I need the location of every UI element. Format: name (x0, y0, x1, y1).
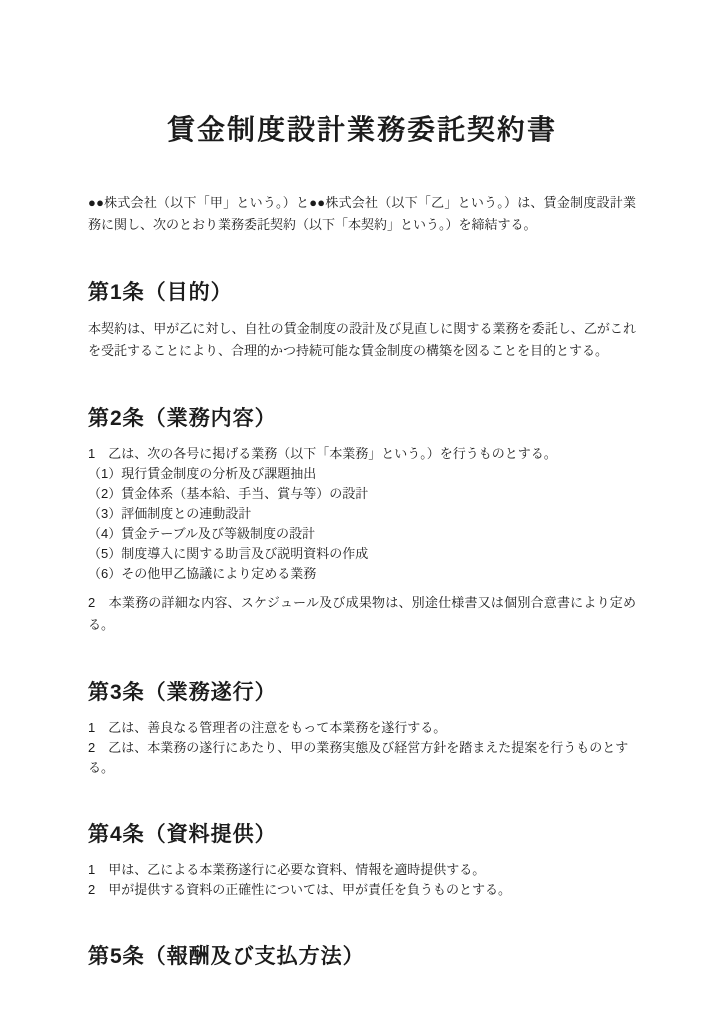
article-item: 1 乙は、善良なる管理者の注意をもって本業務を遂行する。 (88, 718, 636, 738)
article-heading: 第3条（業務遂行） (88, 680, 636, 706)
contract-article: 第1条（目的） 本契約は、甲が乙に対し、自社の賃金制度の設計及び見直しに関する業… (88, 280, 636, 362)
article-item: （4）賃金テーブル及び等級制度の設計 (88, 524, 636, 544)
articles-container: 第1条（目的） 本契約は、甲が乙に対し、自社の賃金制度の設計及び見直しに関する業… (88, 280, 636, 970)
article-item: 2 甲が提供する資料の正確性については、甲が責任を負うものとする。 (88, 880, 636, 900)
preamble-paragraph: ●●株式会社（以下「甲」という。）と●●株式会社（以下「乙」という。）は、賃金制… (88, 192, 636, 236)
contract-document-page: 賃金制度設計業務委託契約書 ●●株式会社（以下「甲」という。）と●●株式会社（以… (0, 0, 724, 1024)
article-heading: 第1条（目的） (88, 280, 636, 306)
article-item: （3）評価制度との連動設計 (88, 504, 636, 524)
article-paragraph: 本契約は、甲が乙に対し、自社の賃金制度の設計及び見直しに関する業務を委託し、乙が… (88, 318, 636, 362)
document-title: 賃金制度設計業務委託契約書 (88, 112, 636, 148)
article-heading: 第5条（報酬及び支払方法） (88, 944, 636, 970)
article-item-list: 1 乙は、善良なる管理者の注意をもって本業務を遂行する。2 乙は、本業務の遂行に… (88, 718, 636, 778)
contract-article: 第2条（業務内容） 1 乙は、次の各号に掲げる業務（以下「本業務」という。）を行… (88, 406, 636, 636)
article-heading: 第2条（業務内容） (88, 406, 636, 432)
article-item-list: 1 甲は、乙による本業務遂行に必要な資料、情報を適時提供する。2 甲が提供する資… (88, 860, 636, 900)
article-item: （5）制度導入に関する助言及び説明資料の作成 (88, 544, 636, 564)
contract-article: 第3条（業務遂行） 1 乙は、善良なる管理者の注意をもって本業務を遂行する。2 … (88, 680, 636, 778)
contract-article: 第4条（資料提供） 1 甲は、乙による本業務遂行に必要な資料、情報を適時提供する… (88, 822, 636, 900)
article-item: 1 乙は、次の各号に掲げる業務（以下「本業務」という。）を行うものとする。 (88, 444, 636, 464)
article-item: （1）現行賃金制度の分析及び課題抽出 (88, 464, 636, 484)
article-heading: 第4条（資料提供） (88, 822, 636, 848)
article-item: 1 甲は、乙による本業務遂行に必要な資料、情報を適時提供する。 (88, 860, 636, 880)
contract-article: 第5条（報酬及び支払方法） (88, 944, 636, 970)
article-item-list: 1 乙は、次の各号に掲げる業務（以下「本業務」という。）を行うものとする。（1）… (88, 444, 636, 584)
article-item: （2）賃金体系（基本給、手当、賞与等）の設計 (88, 484, 636, 504)
article-item: （6）その他甲乙協議により定める業務 (88, 564, 636, 584)
article-item: 2 乙は、本業務の遂行にあたり、甲の業務実態及び経営方針を踏まえた提案を行うもの… (88, 738, 636, 778)
article-paragraph: 2 本業務の詳細な内容、スケジュール及び成果物は、別途仕様書又は個別合意書により… (88, 592, 636, 636)
